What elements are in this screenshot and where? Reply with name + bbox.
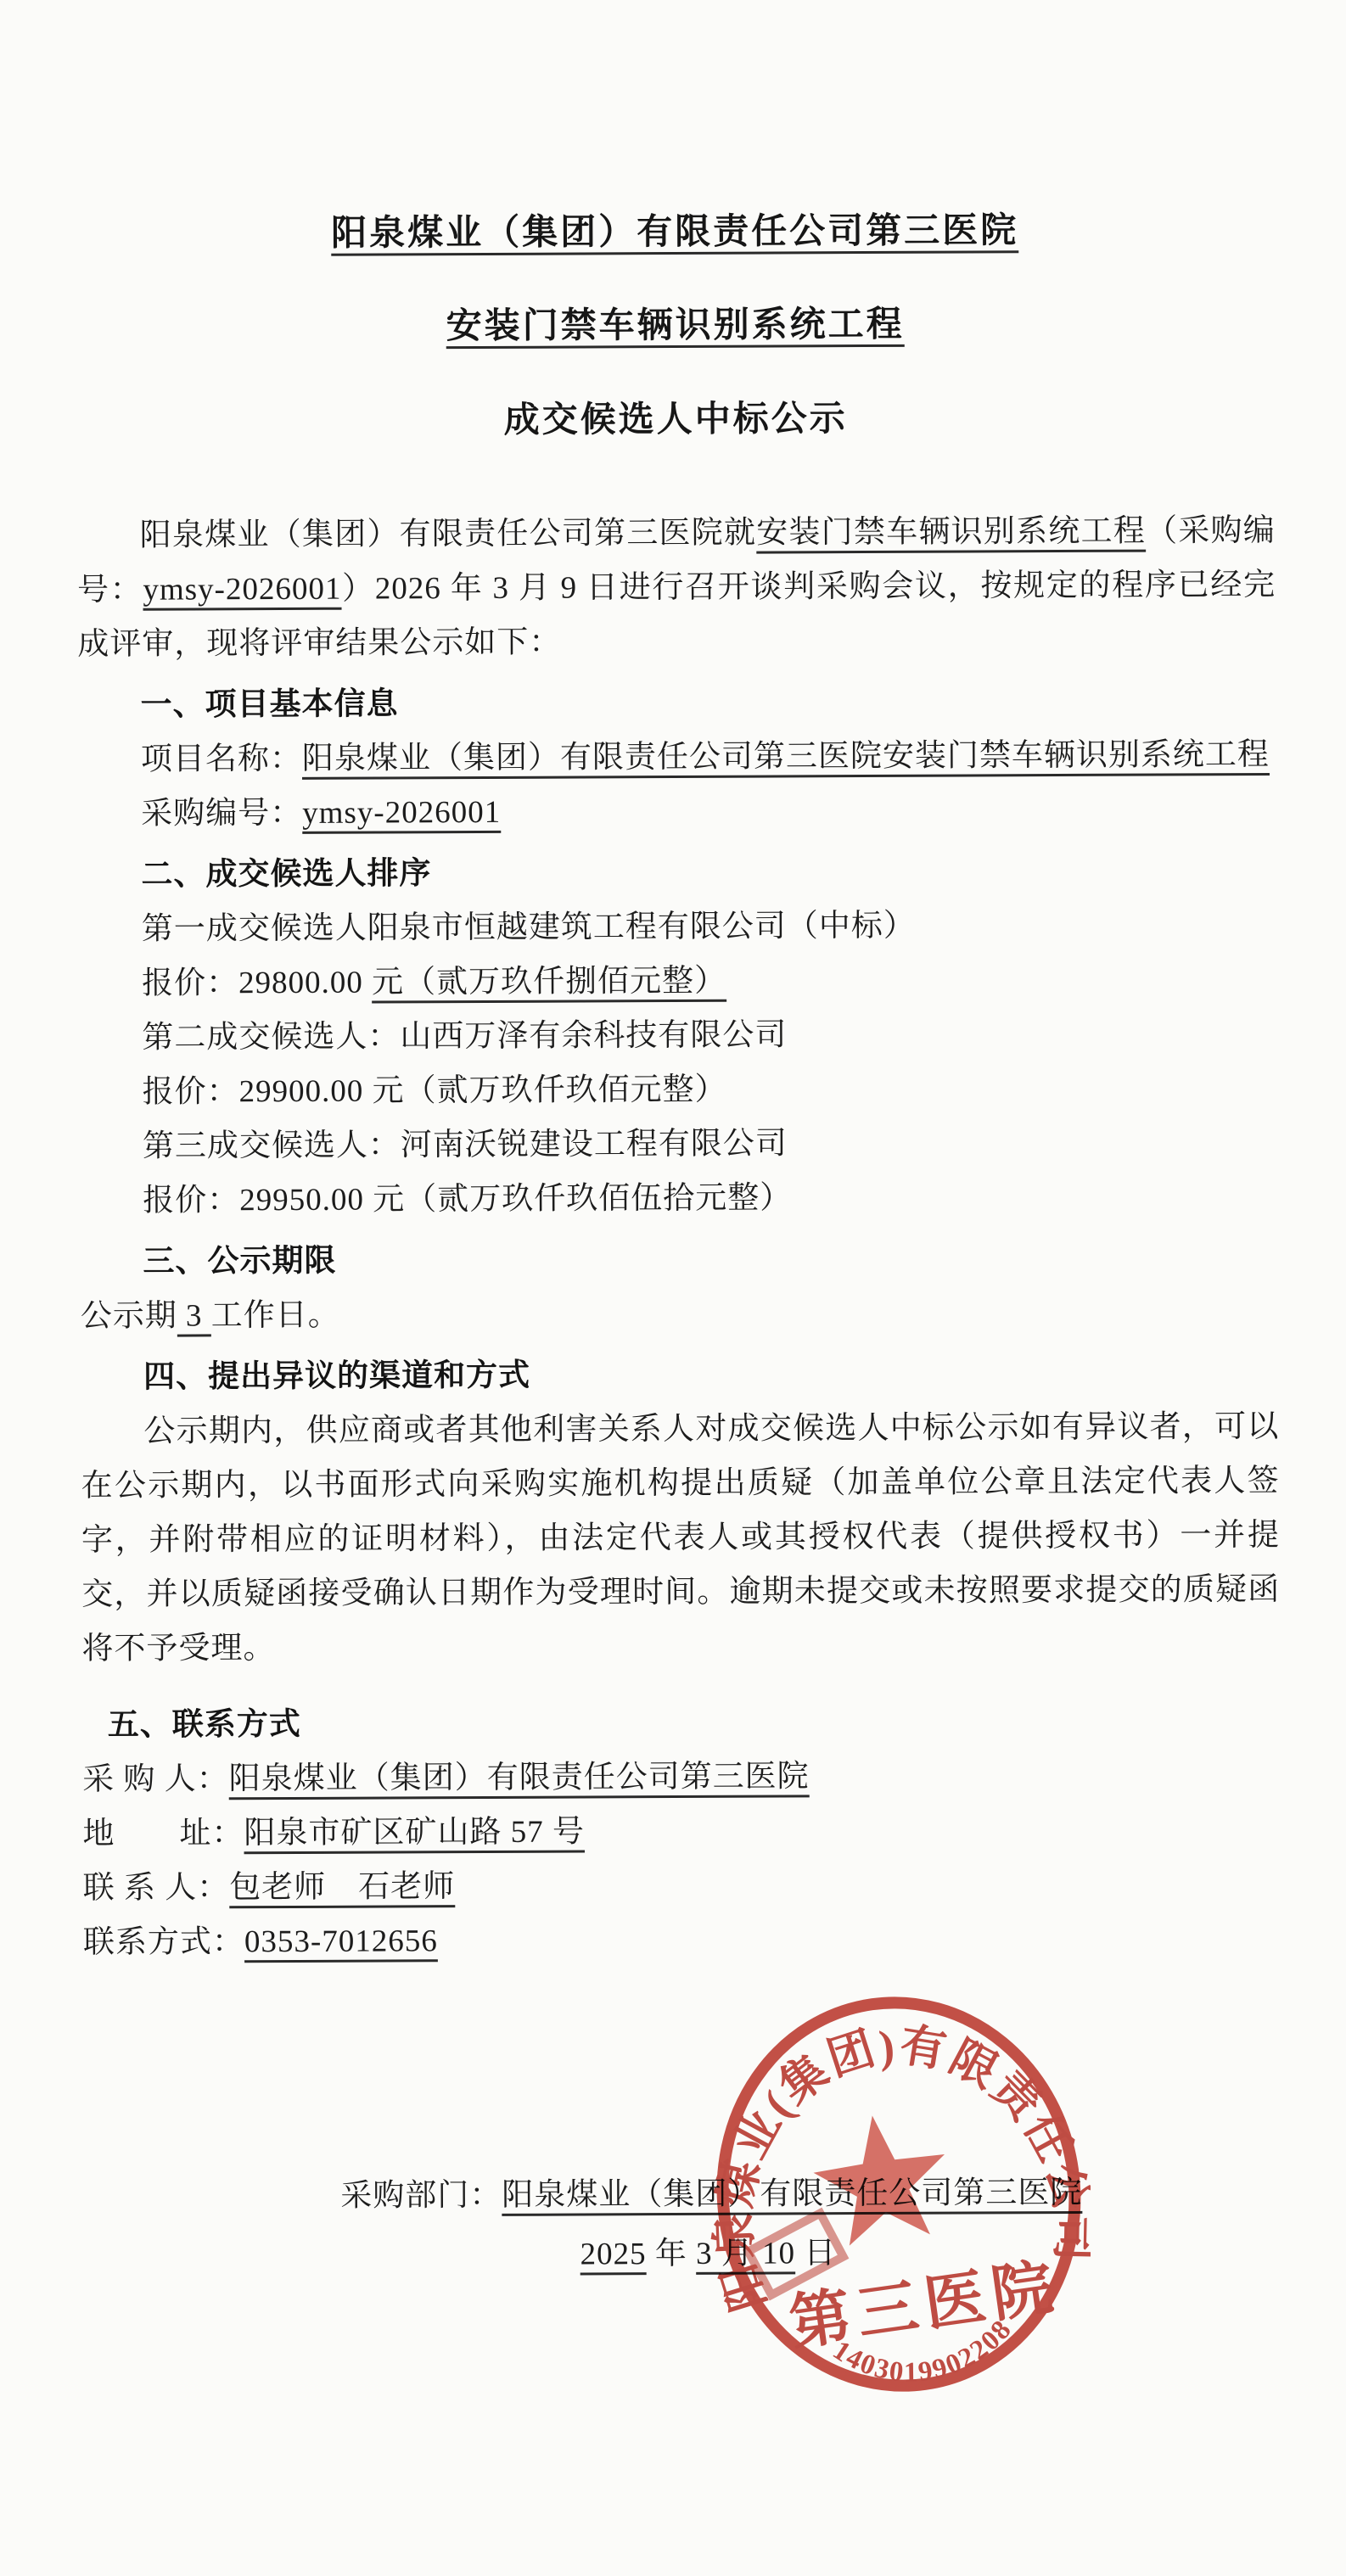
document-date-row: 2025 年 3 月 10 日 <box>580 2225 1282 2282</box>
candidate-2-row: 第二成交候选人：山西万泽有余科技有限公司 <box>79 1006 1277 1066</box>
price-1-row: 报价：29800.00 元（贰万玖仟捌佰元整） <box>79 952 1277 1011</box>
contact-phone-row: 联系方式：0353-7012656 <box>83 1911 1282 1970</box>
contact-person-label: 联 系 人： <box>83 1870 230 1906</box>
document-title-line-3: 成交候选人中标公示 <box>76 397 1275 443</box>
candidate-1-row: 第一成交候选人阳泉市恒越建筑工程有限公司（中标） <box>79 898 1277 957</box>
price-1-amount: 29800.00 <box>238 965 372 1000</box>
scanned-document-page: 阳泉煤业（集团）有限责任公司第三医院 安装门禁车辆识别系统工程 成交候选人中标公… <box>0 0 1346 2576</box>
publicity-period-row: 公示期 3 工作日。 <box>81 1285 1279 1344</box>
contact-person-value: 包老师 石老师 <box>229 1869 455 1905</box>
section2-heading: 二、成交候选人排序 <box>78 843 1276 903</box>
svg-text:1403019902208: 1403019902208 <box>824 2311 1024 2400</box>
procuring-department-label: 采购部门： <box>340 2178 502 2214</box>
contact-person-row: 联 系 人：包老师 石老师 <box>83 1856 1282 1916</box>
price-2-row: 报价：29900.00 元（贰万玖仟玖佰元整） <box>79 1061 1277 1120</box>
publicity-period-days-underlined: 3 <box>177 1298 211 1333</box>
project-name-value: 阳泉煤业（集团）有限责任公司第三医院安装门禁车辆识别系统工程 <box>302 737 1270 776</box>
publicity-period-text: 工作日。 <box>211 1298 340 1334</box>
section4-heading: 四、提出异议的渠道和方式 <box>81 1346 1279 1405</box>
date-year-underlined: 2025 <box>580 2237 647 2271</box>
section3-heading: 三、公示期限 <box>80 1230 1278 1290</box>
document-content: 阳泉煤业（集团）有限责任公司第三医院 安装门禁车辆识别系统工程 成交候选人中标公… <box>0 0 1346 2284</box>
procuring-department-value: 阳泉煤业（集团）有限责任公司第三医院 <box>502 2176 1082 2213</box>
purchaser-label: 采 购 人： <box>82 1761 229 1797</box>
intro-procurement-code-underlined: ymsy-2026001 <box>143 572 341 608</box>
date-year-unit: 年 <box>647 2237 697 2271</box>
publicity-period-text: 公示期 <box>81 1298 177 1333</box>
intro-text: 阳泉煤业（集团）有限责任公司第三医院就 <box>140 515 757 552</box>
contact-phone-value: 0353-7012656 <box>244 1924 438 1959</box>
project-name-row: 项目名称：阳泉煤业（集团）有限责任公司第三医院安装门禁车辆识别系统工程 <box>78 728 1276 787</box>
date-month-day-underlined: 3 月 10 <box>696 2236 795 2271</box>
address-row: 地 址：阳泉市矿区矿山路 57 号 <box>82 1802 1281 1862</box>
document-title-line-1: 阳泉煤业（集团）有限责任公司第三医院 <box>76 210 1274 255</box>
address-label: 地 址： <box>82 1816 244 1851</box>
procuring-department-row: 采购部门：阳泉煤业（集团）有限责任公司第三医院 <box>84 2165 1282 2225</box>
procurement-code-value: ymsy-2026001 <box>302 795 501 831</box>
intro-paragraph: 阳泉煤业（集团）有限责任公司第三医院就安装门禁车辆识别系统工程（采购编号：yms… <box>77 504 1276 672</box>
price-1-label: 报价： <box>142 966 238 1000</box>
price-1-capital-underlined: 元（贰万玖仟捌佰元整） <box>372 964 726 1000</box>
contact-phone-label: 联系方式： <box>83 1924 244 1960</box>
price-3-row: 报价：29950.00 元（贰万玖仟玖佰伍拾元整） <box>80 1169 1278 1229</box>
purchaser-value: 阳泉煤业（集团）有限责任公司第三医院 <box>229 1759 810 1796</box>
procurement-code-row: 采购编号：ymsy-2026001 <box>78 782 1276 842</box>
document-title-line-2: 安装门禁车辆识别系统工程 <box>76 303 1275 349</box>
seal-registration-number: 1403019902208 <box>824 2311 1024 2400</box>
address-value: 阳泉市矿区矿山路 57 号 <box>244 1814 585 1851</box>
document-footer: 采购部门：阳泉煤业（集团）有限责任公司第三医院 2025 年 3 月 10 日 <box>84 2165 1283 2284</box>
candidate-3-row: 第三成交候选人：河南沃锐建设工程有限公司 <box>80 1115 1278 1174</box>
date-day-unit: 日 <box>795 2236 836 2271</box>
objection-paragraph: 公示期内，供应商或者其他利害关系人对成交候选人中标公示如有异议者，可以在公示期内… <box>81 1400 1280 1677</box>
purchaser-row: 采 购 人：阳泉煤业（集团）有限责任公司第三医院 <box>82 1748 1281 1807</box>
intro-project-name-underlined: 安装门禁车辆识别系统工程 <box>756 513 1146 550</box>
project-name-label: 项目名称： <box>141 742 302 777</box>
procurement-code-label: 采购编号： <box>141 796 302 832</box>
section1-heading: 一、项目基本信息 <box>77 674 1276 733</box>
section5-heading: 五、联系方式 <box>82 1694 1281 1753</box>
